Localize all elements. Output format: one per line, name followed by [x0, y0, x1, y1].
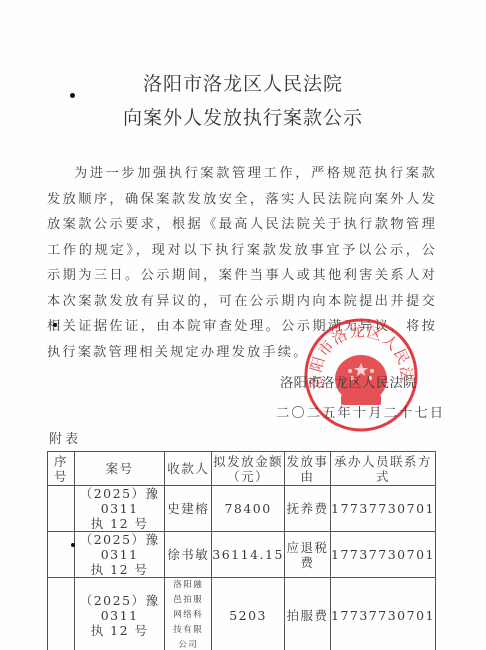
cell-payee: 徐书敏 — [165, 532, 212, 578]
cell-payee: 史建榕 — [165, 486, 212, 532]
header-reason: 发放事由 — [284, 452, 330, 486]
court-title: 洛阳市洛龙区人民法院 — [0, 69, 486, 96]
cell-reason: 抚养费 — [284, 486, 330, 532]
table-header-row: 序号 案号 收款人 拟发放金额（元） 发放事由 承办人员联系方式 — [48, 452, 436, 486]
case-no-line2: 执 12 号 — [91, 516, 149, 531]
attachment-label: 附表 — [49, 428, 81, 447]
cell-contact: 17737730701 — [331, 486, 436, 532]
case-no-line2: 执 12 号 — [91, 623, 149, 638]
header-index: 序号 — [48, 452, 75, 486]
notice-title: 向案外人发放执行案款公示 — [0, 103, 486, 130]
table-row: （2025）豫 0311执 12 号 史建榕 78400 抚养费 1773773… — [48, 486, 436, 532]
cell-amount: 5203 — [212, 578, 285, 650]
cell-index — [48, 486, 75, 532]
cell-case-no: （2025）豫 0311执 12 号 — [75, 532, 165, 578]
table-row: （2025）豫 0311执 12 号 徐书敏 36114.15 应退税费 177… — [48, 532, 436, 578]
document-page: 洛阳市洛龙区人民法院 向案外人发放执行案款公示 为进一步加强执行案款管理工作，严… — [0, 0, 486, 650]
cell-contact: 17737730701 — [331, 532, 436, 578]
cell-amount: 78400 — [212, 486, 285, 532]
header-amount: 拟发放金额（元） — [212, 452, 285, 486]
cell-index — [48, 578, 75, 650]
cell-payee: 洛阳融邑拍服网络科技有限公司 — [165, 578, 212, 650]
cell-contact: 17737730701 — [331, 578, 436, 650]
signature-court: 洛阳市洛龙区人民法院 — [280, 372, 417, 391]
cell-amount: 36114.15 — [212, 532, 285, 578]
scan-speck — [53, 323, 57, 327]
header-payee: 收款人 — [165, 452, 212, 486]
header-case-no: 案号 — [75, 452, 165, 486]
scan-speck — [71, 543, 75, 547]
cell-case-no: （2025）豫 0311执 12 号 — [75, 578, 165, 650]
case-no-line2: 执 12 号 — [91, 562, 149, 577]
case-no-line1: （2025）豫 0311 — [80, 532, 160, 562]
table-row: （2025）豫 0311执 12 号 洛阳融邑拍服网络科技有限公司 5203 拍… — [48, 578, 436, 650]
case-no-line1: （2025）豫 0311 — [80, 593, 160, 623]
payout-table: 序号 案号 收款人 拟发放金额（元） 发放事由 承办人员联系方式 （2025）豫… — [47, 451, 436, 650]
cell-reason: 应退税费 — [284, 532, 330, 578]
signature-date: 二〇二五年十月二十七日 — [276, 402, 445, 421]
cell-index — [48, 532, 75, 578]
cell-case-no: （2025）豫 0311执 12 号 — [75, 486, 165, 532]
header-contact: 承办人员联系方式 — [331, 452, 436, 486]
case-no-line1: （2025）豫 0311 — [80, 486, 160, 516]
cell-reason: 拍服费 — [284, 578, 330, 650]
